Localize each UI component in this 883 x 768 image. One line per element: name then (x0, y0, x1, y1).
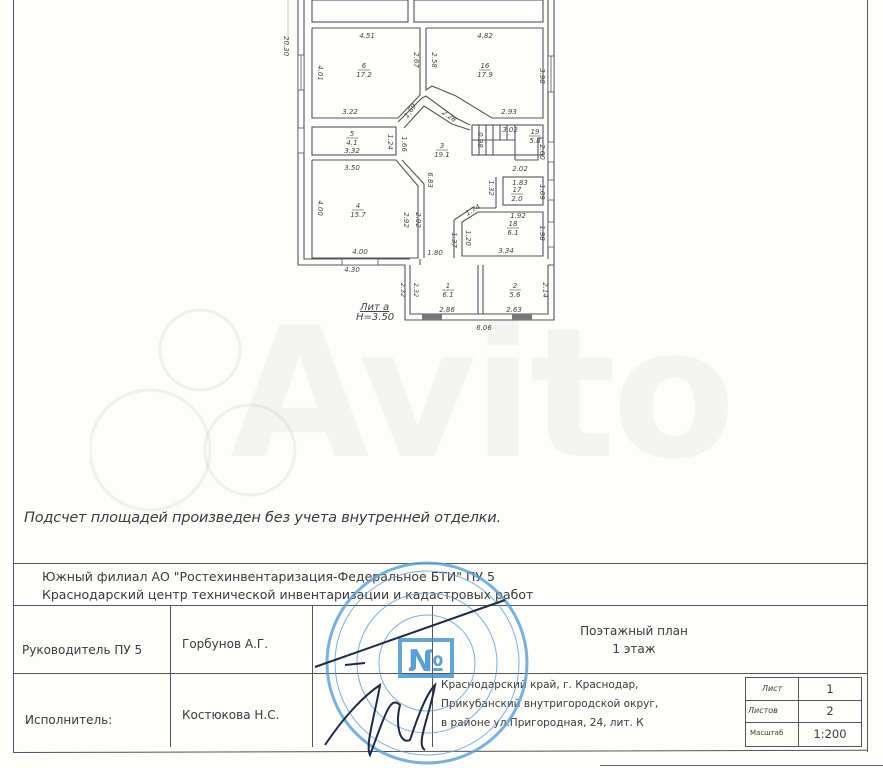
svg-text:3.50: 3.50 (344, 164, 360, 172)
svg-text:20.30: 20.30 (282, 36, 290, 57)
sheet-label: Лист (762, 684, 782, 693)
svg-text:6: 6 (362, 62, 367, 70)
sheet-table-bottom-border (745, 746, 861, 747)
sheet-table-row2-divider (745, 722, 861, 723)
svg-text:1.24: 1.24 (386, 134, 394, 150)
svg-text:2.58: 2.58 (430, 52, 438, 68)
svg-text:2.93: 2.93 (501, 108, 517, 116)
svg-text:19: 19 (531, 128, 540, 136)
svg-text:3.22: 3.22 (342, 108, 358, 116)
svg-text:2.0: 2.0 (511, 195, 523, 203)
svg-text:15.7: 15.7 (350, 211, 366, 219)
svg-text:1.37: 1.37 (450, 232, 458, 248)
address-line1: Краснодарский край, г. Краснодар, (441, 679, 639, 691)
svg-text:4.30: 4.30 (344, 266, 360, 274)
sheets-total-value: 2 (810, 704, 850, 718)
svg-text:2.02: 2.02 (512, 165, 528, 173)
svg-text:2.92: 2.92 (414, 212, 422, 228)
title-block-org-divider (13, 605, 868, 606)
svg-text:H=3.50: H=3.50 (356, 312, 394, 323)
svg-text:1: 1 (446, 282, 450, 290)
sheet-table-right-border (861, 677, 862, 747)
svg-text:16: 16 (481, 62, 490, 70)
svg-text:5.6: 5.6 (509, 291, 521, 299)
svg-text:17.9: 17.9 (477, 71, 493, 79)
title-block-row-divider (13, 673, 868, 674)
svg-text:2: 2 (513, 282, 518, 290)
svg-text:4: 4 (356, 202, 360, 210)
svg-text:2.67: 2.67 (412, 52, 420, 68)
sheets-total-label: Листов (748, 706, 778, 715)
svg-text:1.98: 1.98 (538, 225, 546, 241)
executor-name: Костюкова Н.С. (182, 708, 279, 722)
svg-text:3.02: 3.02 (502, 126, 518, 134)
sheet-table-top-border (745, 677, 861, 678)
svg-text:2.00: 2.00 (538, 144, 546, 160)
floor-plan-drawing: 20.30 617.21617.954.1319.1195.8172.0415.… (0, 0, 883, 360)
sheet-table-row1-divider (745, 700, 861, 701)
svg-text:1.20: 1.20 (464, 230, 472, 246)
svg-text:4.82: 4.82 (477, 32, 493, 40)
svg-text:1.32: 1.32 (487, 180, 495, 196)
svg-text:5: 5 (350, 130, 355, 138)
svg-text:2.63: 2.63 (506, 306, 522, 314)
svg-text:19.1: 19.1 (434, 151, 450, 159)
svg-text:3: 3 (440, 142, 444, 150)
area-calculation-note: Подсчет площадей произведен без учета вн… (24, 510, 501, 526)
title-block-col1-divider (170, 605, 171, 747)
svg-text:6.1: 6.1 (442, 291, 453, 299)
title-block-top-border (13, 563, 868, 564)
svg-text:1.80: 1.80 (427, 249, 443, 257)
executor-role-label: Исполнитель: (25, 713, 112, 727)
drawing-frame-bottom-border (13, 750, 868, 753)
sheet-edge-line (600, 765, 883, 766)
svg-text:3.98: 3.98 (538, 68, 546, 84)
head-name: Горбунов А.Г. (182, 637, 268, 651)
svg-text:1.09: 1.09 (538, 184, 546, 200)
scale-value: 1:200 (810, 727, 850, 741)
organization-name-line1: Южный филиал АО "Ростехинвентаризация-Фе… (42, 569, 495, 584)
svg-text:1.66: 1.66 (400, 136, 408, 152)
svg-text:2.32: 2.32 (399, 283, 407, 297)
svg-text:6.1: 6.1 (507, 229, 518, 237)
svg-text:4.1: 4.1 (346, 139, 357, 147)
title-block-col3-divider (432, 605, 433, 747)
svg-text:4.51: 4.51 (359, 32, 375, 40)
plan-floor-label: 1 этаж (534, 642, 734, 656)
address-line3: в районе ул.Пригородная, 24, лит. К (441, 717, 644, 729)
plan-title: Поэтажный план (534, 624, 734, 638)
svg-text:3.34: 3.34 (498, 247, 514, 255)
svg-text:17.2: 17.2 (356, 71, 372, 79)
svg-text:1.83: 1.83 (512, 179, 528, 187)
svg-text:2.86: 2.86 (439, 306, 455, 314)
address-line2: Прикубанский внутригородской округ, (441, 698, 658, 710)
head-role-label: Руководитель ПУ 5 (22, 643, 142, 657)
svg-text:6.06: 6.06 (476, 324, 492, 332)
svg-text:2.14: 2.14 (541, 282, 549, 298)
svg-text:4.00: 4.00 (316, 200, 324, 216)
svg-text:2.32: 2.32 (412, 283, 420, 297)
svg-text:6.83: 6.83 (426, 172, 434, 188)
svg-text:3.32: 3.32 (344, 147, 360, 155)
sheet-table-mid-border (798, 677, 799, 747)
svg-text:4.00: 4.00 (352, 248, 368, 256)
svg-text:1.92: 1.92 (510, 212, 526, 220)
sheet-value: 1 (810, 682, 850, 696)
svg-text:4.01: 4.01 (316, 65, 324, 81)
organization-name-line2: Краснодарский центр технической инвентар… (42, 587, 533, 602)
svg-text:0.98: 0.98 (476, 132, 484, 148)
title-block-col2-divider (312, 605, 313, 747)
svg-text:2.92: 2.92 (402, 212, 410, 228)
svg-text:18: 18 (509, 220, 518, 228)
scale-label: Масштаб (750, 729, 783, 737)
svg-text:17: 17 (513, 186, 522, 194)
sheet-table-left-border (745, 677, 746, 747)
